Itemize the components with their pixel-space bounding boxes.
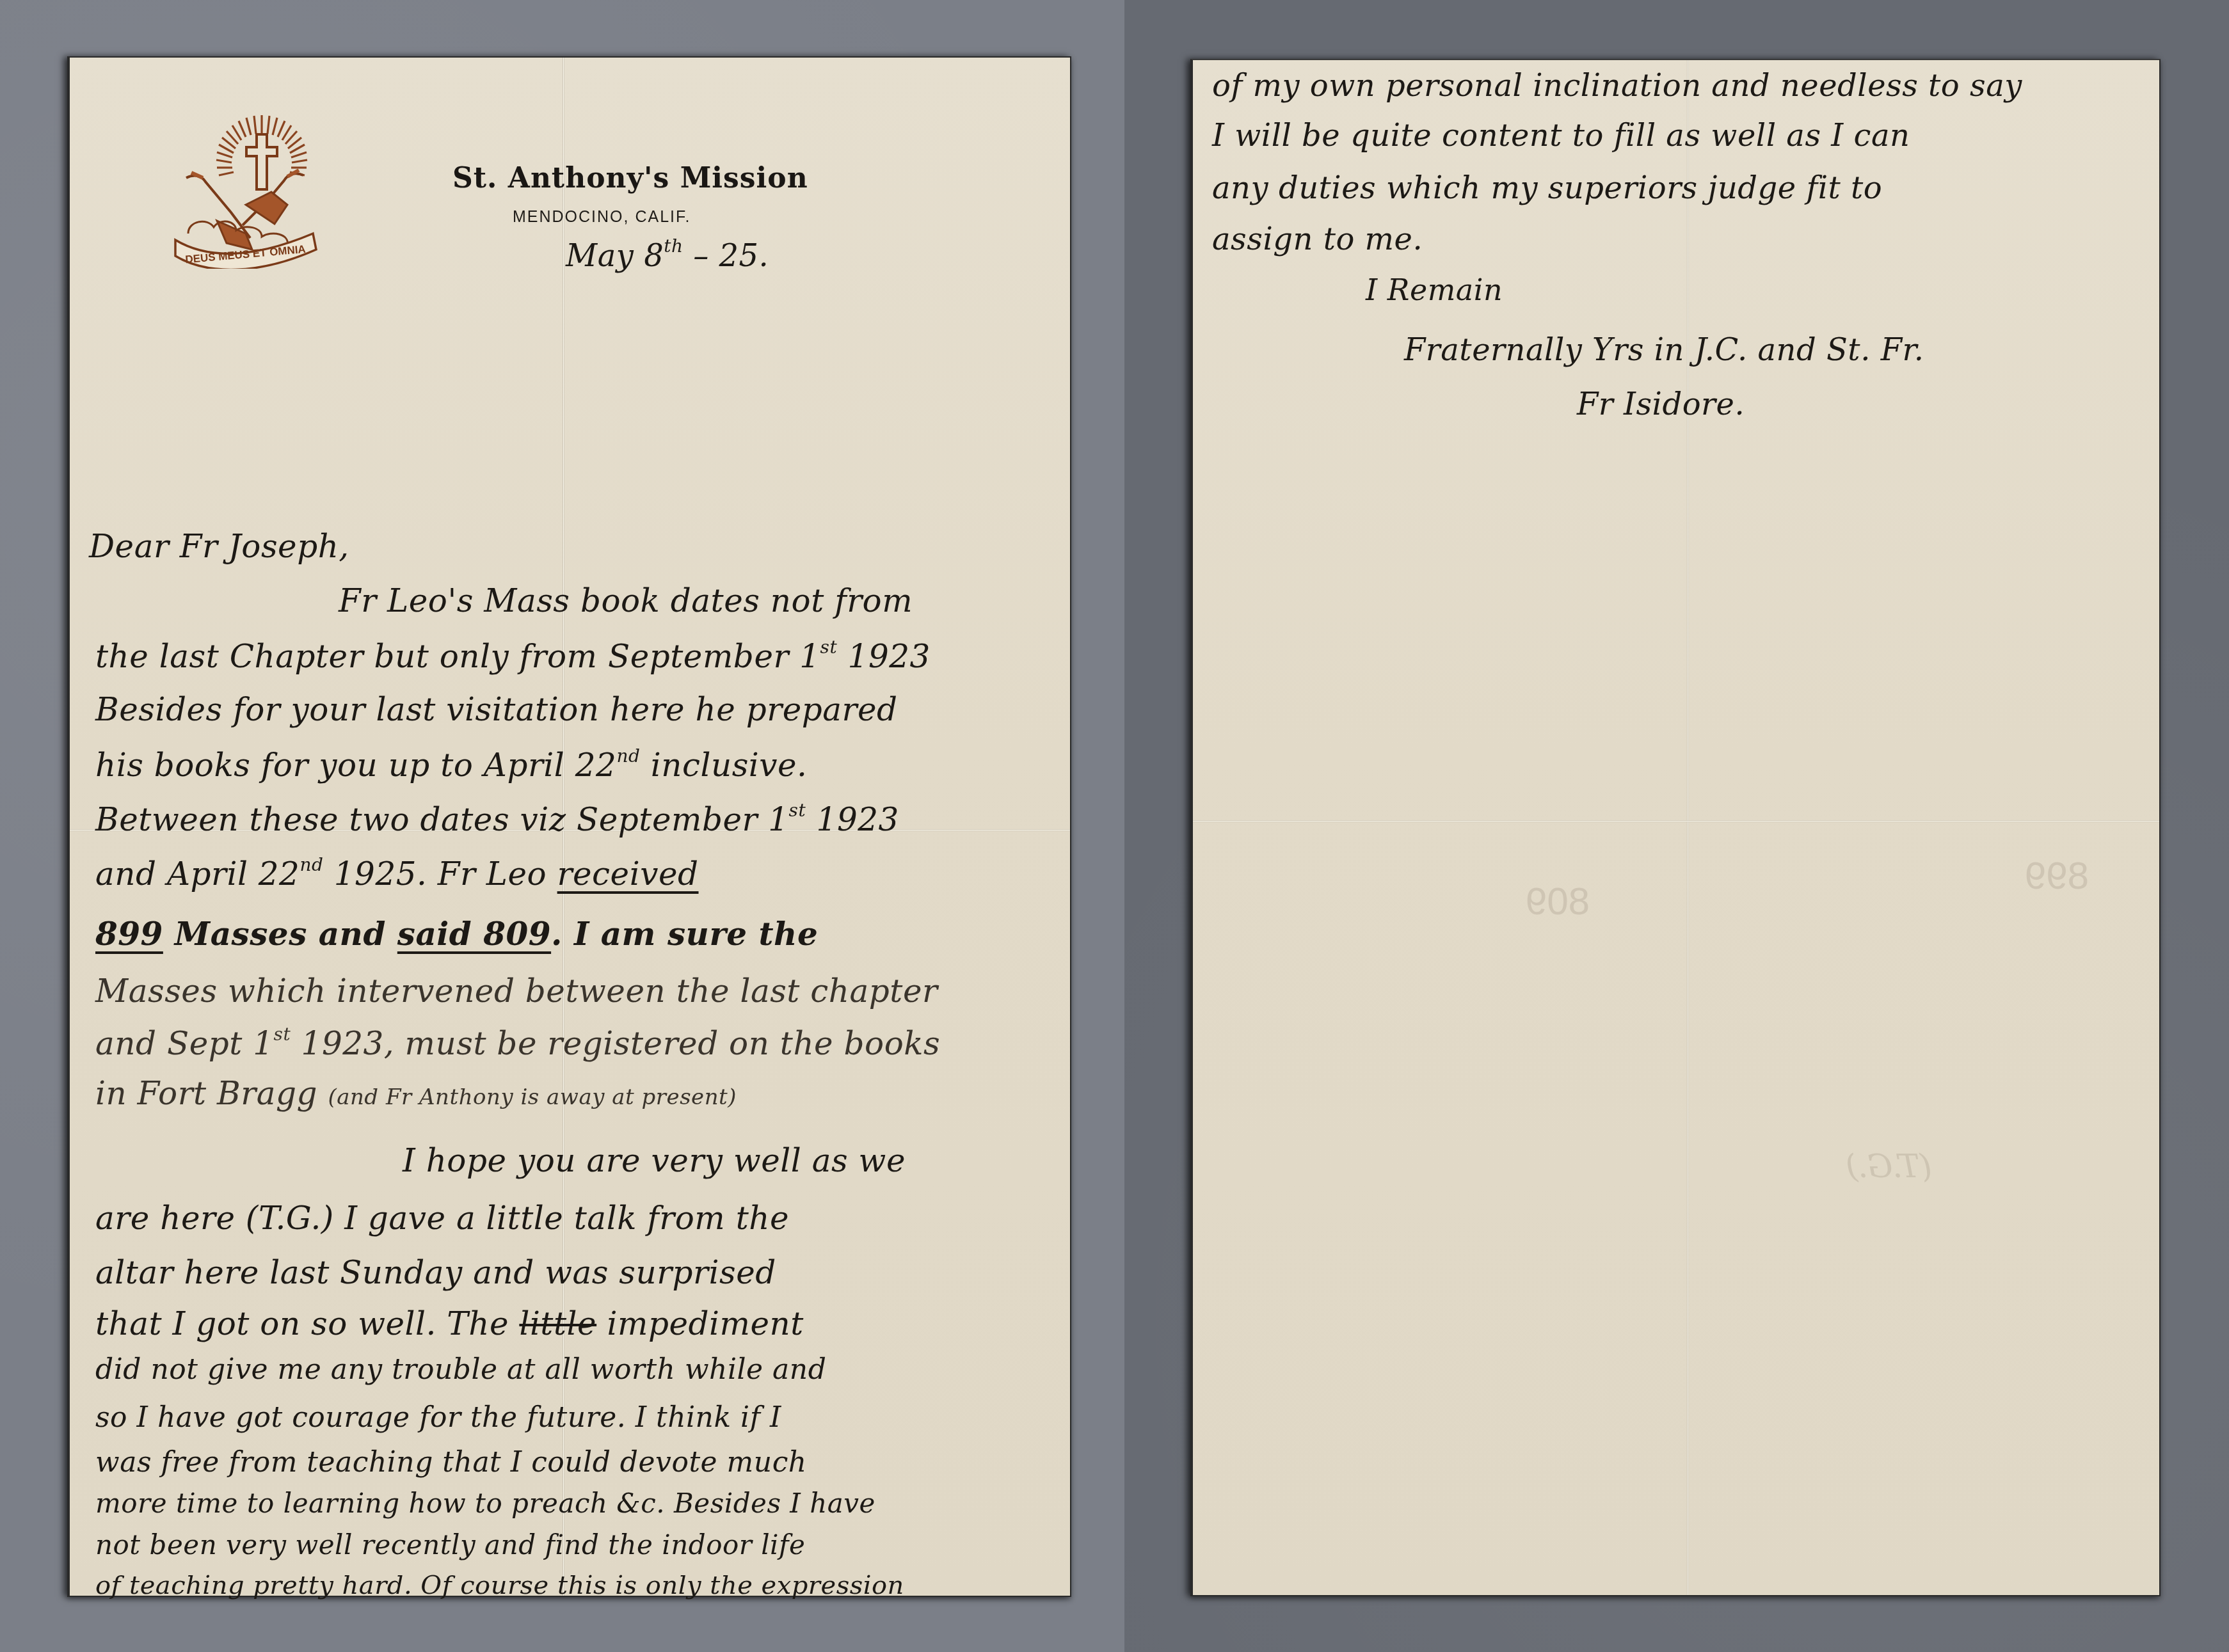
letter-line: altar here last Sunday and was surprised xyxy=(95,1254,776,1291)
franciscan-cross-emblem-icon: DEUS MEUS ET OMNIA xyxy=(172,109,326,269)
letter-line: that I got on so well. The little impedi… xyxy=(95,1305,804,1342)
letter-line: the last Chapter but only from September… xyxy=(95,637,931,675)
letter-line: was free from teaching that I could devo… xyxy=(95,1446,807,1479)
letter-line: Fr Leo's Mass book dates not from xyxy=(339,582,913,619)
letter-line: did not give me any trouble at all worth… xyxy=(95,1353,826,1386)
letter-line: Between these two dates viz September 1s… xyxy=(95,800,899,838)
valediction: Fraternally Yrs in J.C. and St. Fr. xyxy=(1404,332,1924,368)
letter-line: are here (T.G.) I gave a little talk fro… xyxy=(95,1200,789,1237)
letter-line: I hope you are very well as we xyxy=(403,1142,906,1179)
letter-line: and Sept 1st 1923, must be registered on… xyxy=(95,1024,940,1062)
letter-date: May 8th – 25. xyxy=(566,235,769,274)
bleed-through-809: 809 xyxy=(1526,879,1590,923)
letter-line: of teaching pretty hard. Of course this … xyxy=(95,1571,904,1600)
letter-line: Besides for your last visitation here he… xyxy=(95,691,898,728)
bleed-through-paren: (T.G.) xyxy=(1846,1148,1932,1185)
horizontal-fold-crease xyxy=(1193,820,2159,822)
letter-line: I will be quite content to fill as well … xyxy=(1212,118,1910,154)
letter-line: and April 22nd 1925. Fr Leo received xyxy=(95,854,699,893)
signature: Fr Isidore. xyxy=(1577,386,1745,422)
letter-page-front: DEUS MEUS ET OMNIA St. Anthony's Mission… xyxy=(67,56,1071,1597)
letter-line: in Fort Bragg (and Fr Anthony is away at… xyxy=(95,1075,737,1112)
letter-line: assign to me. xyxy=(1212,221,1423,257)
closing: I Remain xyxy=(1366,273,1503,307)
salutation: Dear Fr Joseph, xyxy=(89,528,349,565)
letter-line: any duties which my superiors judge fit … xyxy=(1212,170,1882,206)
letter-line: so I have got courage for the future. I … xyxy=(95,1401,781,1434)
letterhead-place: MENDOCINO, CALIF. xyxy=(513,208,691,226)
letter-page-back: 899 809 (T.G.) of my own personal inclin… xyxy=(1190,59,2161,1596)
bleed-through-899: 899 xyxy=(2025,854,2089,898)
letter-line: Masses which intervened between the last… xyxy=(95,973,938,1010)
letter-line: his books for you up to April 22nd inclu… xyxy=(95,745,808,784)
letter-line: of my own personal inclination and needl… xyxy=(1212,68,2022,104)
letter-line: 899 Masses and said 809. I am sure the xyxy=(95,915,818,953)
letterhead-title: St. Anthony's Mission xyxy=(452,162,836,195)
letter-line: more time to learning how to preach &c. … xyxy=(95,1488,875,1519)
letter-line: not been very well recently and find the… xyxy=(95,1529,805,1561)
vertical-fold-crease xyxy=(1687,60,1689,1595)
